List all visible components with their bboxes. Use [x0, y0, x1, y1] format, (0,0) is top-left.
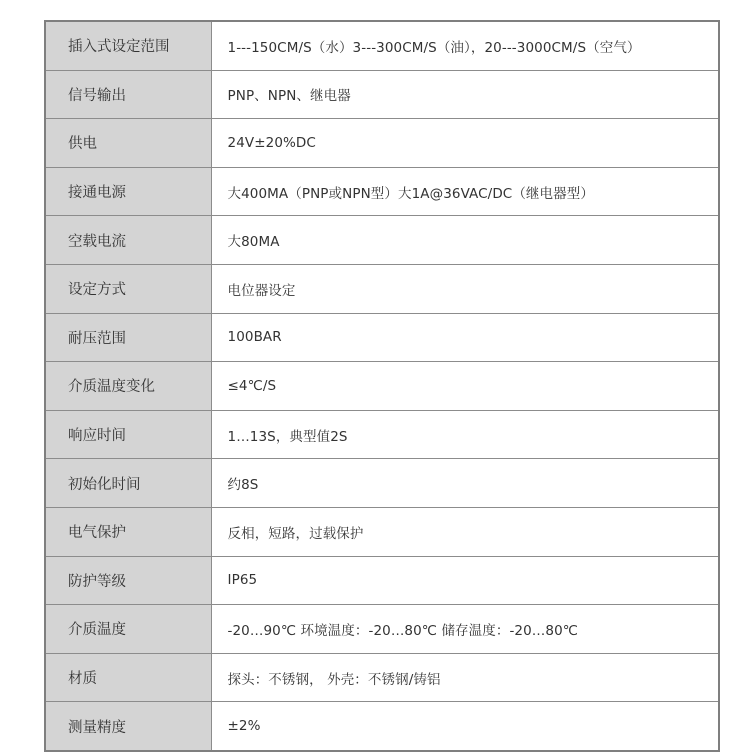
spec-table: 插入式设定范围 1---150CM/S（水）3---300CM/S（油），20-…: [44, 20, 720, 752]
row-value: PNP、NPN、继电器: [211, 70, 719, 119]
row-value: 24V±20%DC: [211, 119, 719, 168]
row-label: 材质: [45, 653, 211, 702]
table-row-electrical-protection: 电气保护 反相，短路，过载保护: [45, 507, 719, 556]
table-row-medium-temperature: 介质温度 -20…90℃ 环境温度：-20…80℃ 储存温度：-20…80℃: [45, 605, 719, 654]
row-label: 测量精度: [45, 702, 211, 751]
table-row-material: 材质 探头：不锈钢， 外壳：不锈钢/铸铝: [45, 653, 719, 702]
row-label: 设定方式: [45, 264, 211, 313]
row-value: 大400MA（PNP或NPN型）大1A@36VAC/DC（继电器型）: [211, 167, 719, 216]
row-value: 约8S: [211, 459, 719, 508]
row-label: 介质温度: [45, 605, 211, 654]
row-label: 供电: [45, 119, 211, 168]
row-value: 大80MA: [211, 216, 719, 265]
row-value: ±2%: [211, 702, 719, 751]
table-row-response-time: 响应时间 1…13S，典型值2S: [45, 410, 719, 459]
row-value: -20…90℃ 环境温度：-20…80℃ 储存温度：-20…80℃: [211, 605, 719, 654]
table-row-accuracy: 测量精度 ±2%: [45, 702, 719, 751]
row-value: 1---150CM/S（水）3---300CM/S（油），20---3000CM…: [211, 21, 719, 70]
table-row-setting-method: 设定方式 电位器设定: [45, 264, 719, 313]
row-label: 空载电流: [45, 216, 211, 265]
row-value: ≤4℃/S: [211, 362, 719, 411]
table-row-no-load-current: 空载电流 大80MA: [45, 216, 719, 265]
row-label: 插入式设定范围: [45, 21, 211, 70]
row-label: 电气保护: [45, 507, 211, 556]
table-row-init-time: 初始化时间 约8S: [45, 459, 719, 508]
row-value: 1…13S，典型值2S: [211, 410, 719, 459]
table-row-power-supply: 供电 24V±20%DC: [45, 119, 719, 168]
row-value: 反相，短路，过载保护: [211, 507, 719, 556]
row-label: 耐压范围: [45, 313, 211, 362]
row-label: 初始化时间: [45, 459, 211, 508]
table-row-pressure-range: 耐压范围 100BAR: [45, 313, 719, 362]
row-label: 信号输出: [45, 70, 211, 119]
row-label: 介质温度变化: [45, 362, 211, 411]
row-value: IP65: [211, 556, 719, 605]
table-row-medium-temp-change: 介质温度变化 ≤4℃/S: [45, 362, 719, 411]
row-value: 100BAR: [211, 313, 719, 362]
table-row-switching-current: 接通电源 大400MA（PNP或NPN型）大1A@36VAC/DC（继电器型）: [45, 167, 719, 216]
row-label: 响应时间: [45, 410, 211, 459]
table-row-protection-class: 防护等级 IP65: [45, 556, 719, 605]
table-row-signal-output: 信号输出 PNP、NPN、继电器: [45, 70, 719, 119]
row-value: 电位器设定: [211, 264, 719, 313]
row-value: 探头：不锈钢， 外壳：不锈钢/铸铝: [211, 653, 719, 702]
spec-table-body: 插入式设定范围 1---150CM/S（水）3---300CM/S（油），20-…: [45, 21, 719, 751]
table-row-insertion-range: 插入式设定范围 1---150CM/S（水）3---300CM/S（油），20-…: [45, 21, 719, 70]
row-label: 接通电源: [45, 167, 211, 216]
row-label: 防护等级: [45, 556, 211, 605]
